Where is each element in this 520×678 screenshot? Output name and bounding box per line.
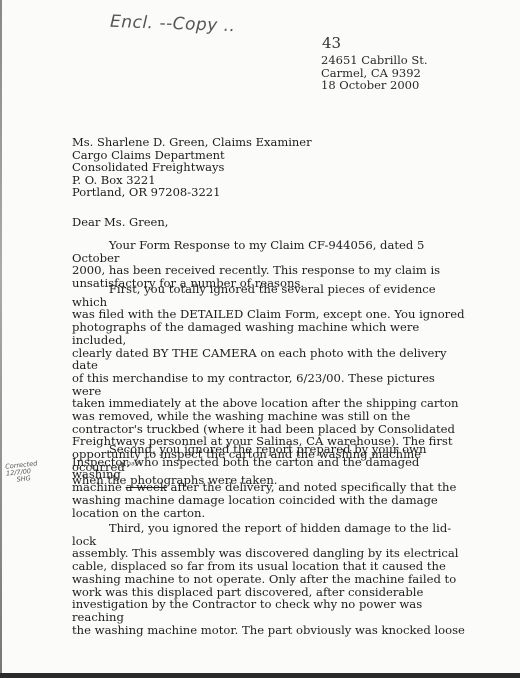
second-line-4: washing machine damage location coincide… bbox=[72, 494, 467, 507]
recipient-company: Consolidated Freightways bbox=[72, 161, 312, 174]
handwritten-enclosure-note: Encl. --Copy .. bbox=[110, 12, 236, 36]
sender-street: 24651 Cabrillo St. bbox=[321, 54, 428, 67]
second-line-5: location on the carton. bbox=[72, 507, 467, 520]
second-line-1: Second, you ignored the report prepared … bbox=[72, 443, 467, 456]
recipient-name: Ms. Sharlene D. Green, Claims Examiner bbox=[72, 136, 312, 149]
letter-date: 18 October 2000 bbox=[321, 79, 428, 92]
page-number: 43 bbox=[322, 34, 341, 52]
paragraph-second-point: Second, you ignored the report prepared … bbox=[72, 443, 467, 519]
scan-bottom-edge bbox=[0, 673, 520, 678]
second-line-3: machine a week after the delivery, and n… bbox=[72, 481, 467, 494]
struck-text: a week bbox=[126, 480, 167, 494]
recipient-address-block: Ms. Sharlene D. Green, Claims Examiner C… bbox=[72, 136, 312, 199]
handwritten-margin-correction: Corrected 12/7/00 SHG bbox=[5, 460, 39, 484]
scan-left-edge bbox=[0, 0, 2, 678]
recipient-city: Portland, OR 97208-3221 bbox=[72, 186, 312, 199]
salutation: Dear Ms. Green, bbox=[72, 215, 168, 229]
sender-address-block: 24651 Cabrillo St. Carmel, CA 9392 18 Oc… bbox=[321, 54, 428, 92]
paragraph-third-point: Third, you ignored the report of hidden … bbox=[72, 522, 467, 636]
